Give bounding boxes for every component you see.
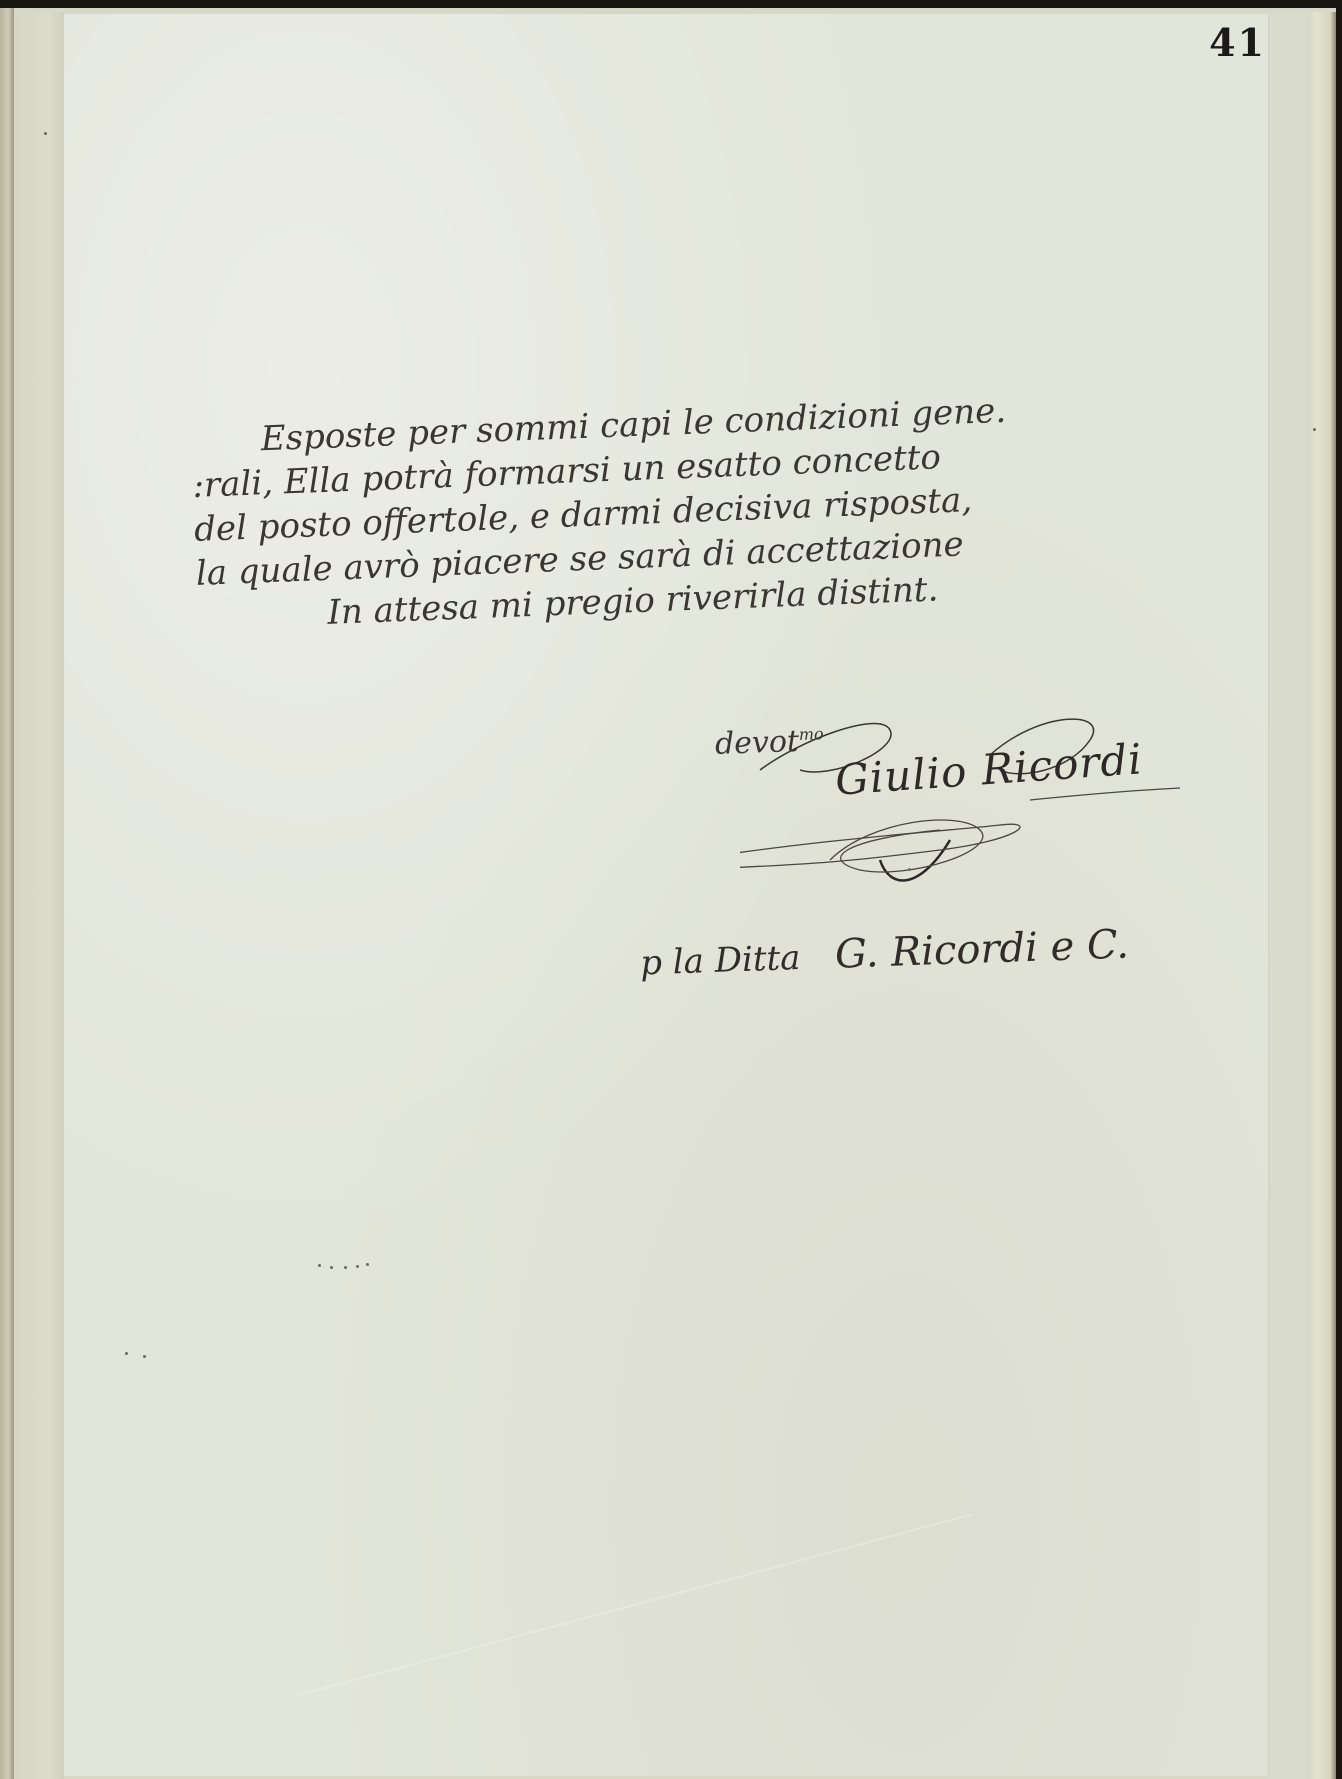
letter-body: Esposte per sommi capi le condizioni gen… xyxy=(190,382,1178,639)
firm-prefix: p la Ditta xyxy=(640,938,802,984)
binding-edge xyxy=(0,8,14,1779)
left-margin-fold xyxy=(14,12,64,1779)
paper-crease xyxy=(296,1513,973,1696)
right-page-edge-inner xyxy=(1268,12,1308,1779)
signature-flourish xyxy=(740,700,1240,900)
right-page-edge-outer xyxy=(1308,12,1336,1779)
page-number: 41 xyxy=(1209,20,1266,65)
